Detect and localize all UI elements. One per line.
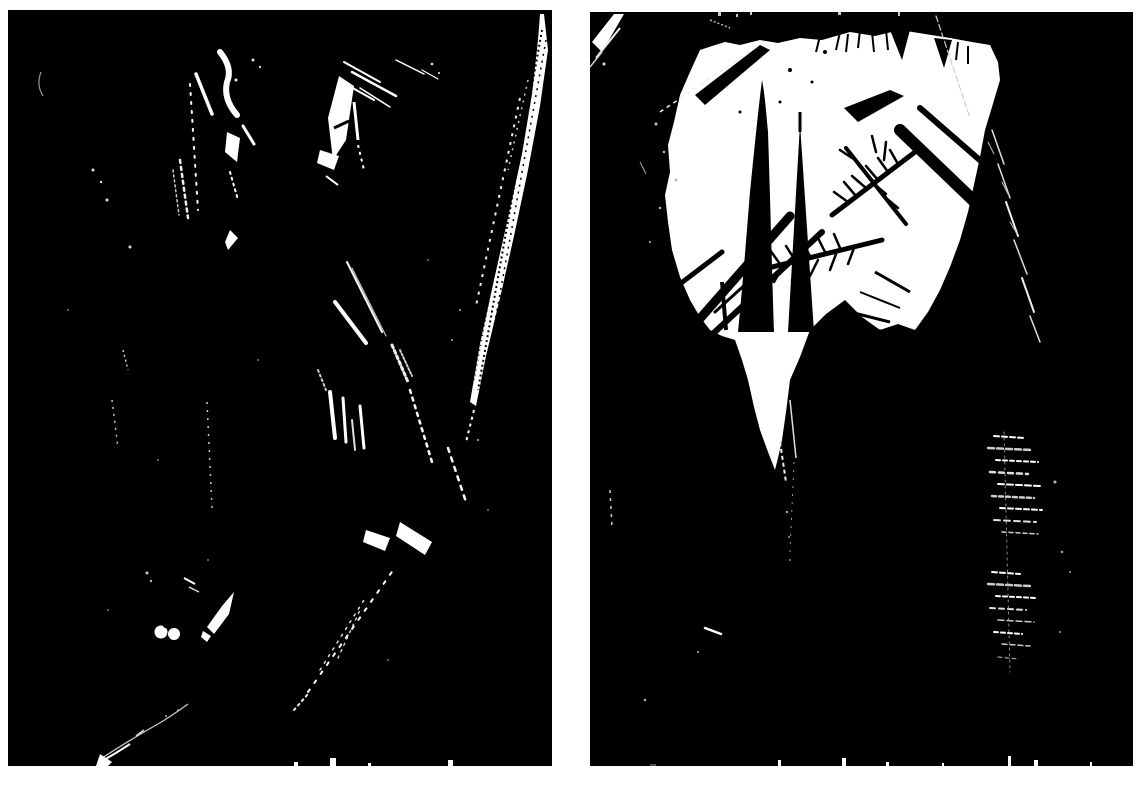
left-print (8, 10, 552, 766)
forest-ink-diptych (0, 0, 1142, 800)
right-print (590, 12, 1133, 766)
left-print-artwork (8, 10, 552, 766)
right-print-artwork (590, 12, 1133, 766)
